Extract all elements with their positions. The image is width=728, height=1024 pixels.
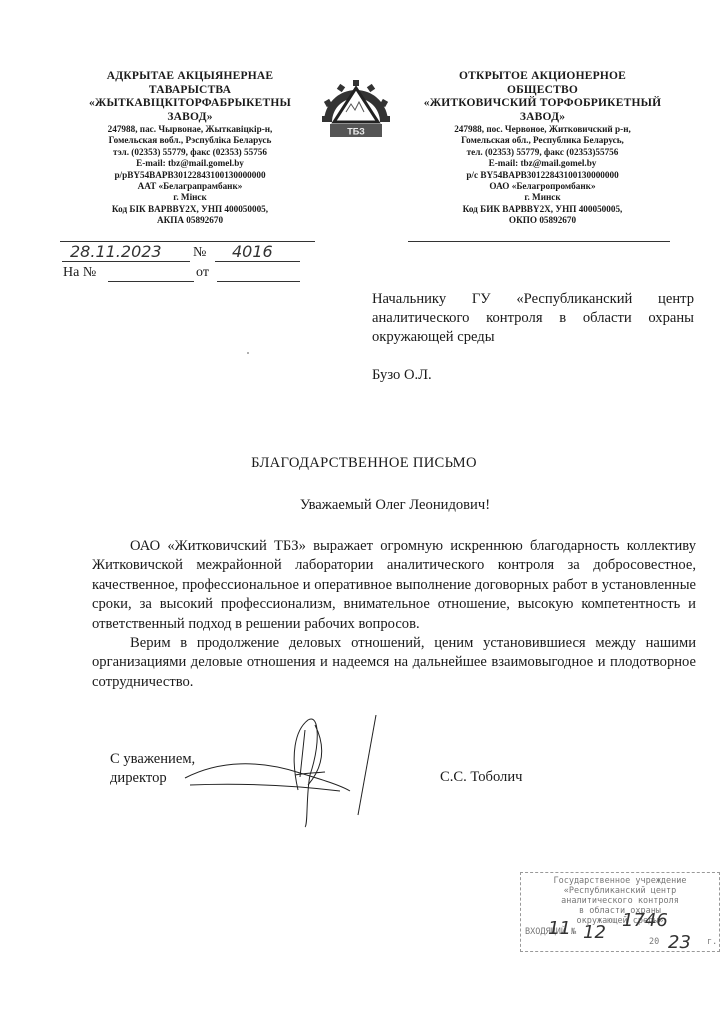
org-line: «ЖЫТКАВІЦКІТОРФАБРЫКЕТНЫ [60,97,320,111]
detail-line: E-mail: tbz@mail.gomel.by [60,158,320,169]
detail-line: 247988, пос. Червоное, Житковичский р-н, [405,124,680,135]
detail-line: 247988, пас. Чырвонае, Жыткавіцкір-н, [60,124,320,135]
stamp-line: в области охраны [521,906,719,916]
org-line: АДКРЫТАЕ АКЦЫЯНЕРНАЕ [60,70,320,84]
detail-line: АКПА 05892670 [60,215,320,226]
org-line: ОБЩЕСТВО [405,84,680,98]
org-name-ru: ОТКРЫТОЕ АКЦИОНЕРНОЕ ОБЩЕСТВО «ЖИТКОВИЧС… [405,70,680,124]
addressee-name: Бузо О.Л. [372,366,694,385]
org-line: ОТКРЫТОЕ АКЦИОНЕРНОЕ [405,70,680,84]
detail-line: тэл. (02353) 55779, факс (02353) 55756 [60,147,320,158]
letter-body: ОАО «Житковичский ТБЗ» выражает огромную… [92,537,696,692]
number-underline [215,261,300,262]
body-paragraph: ОАО «Житковичский ТБЗ» выражает огромную… [92,537,696,634]
stamp-year-suffix: 23 [668,932,691,953]
org-line: ЗАВОД» [60,111,320,125]
outgoing-number: 4016 [232,242,273,261]
body-paragraph: Верим в продолжение деловых отношений, ц… [92,634,696,692]
stamp-line: Государственное учреждение [521,876,719,886]
reply-to-label: На № [63,265,96,281]
number-label: № [193,245,206,261]
reply-number-field [108,281,194,282]
header-right-russian: ОТКРЫТОЕ АКЦИОНЕРНОЕ ОБЩЕСТВО «ЖИТКОВИЧС… [405,70,680,227]
org-line: «ЖИТКОВИЧСКИЙ ТОРФОБРИКЕТНЫЙ [405,97,680,111]
detail-line: Гомельская обл., Республика Беларусь, [405,135,680,146]
org-name-by: АДКРЫТАЕ АКЦЫЯНЕРНАЕ ТАВАРЫСТВА «ЖЫТКАВІ… [60,70,320,124]
detail-line: г. Мінск [60,192,320,203]
scan-speck [247,352,249,354]
org-line: ТАВАРЫСТВА [60,84,320,98]
detail-line: Код БІК BAPBBY2X, УНП 400050005, [60,204,320,215]
factory-gear-logo-icon: ТБЗ [318,70,394,140]
stamp-year-label: г. [707,937,717,947]
from-label: от [196,265,209,281]
header-left-belarusian: АДКРЫТАЕ АКЦЫЯНЕРНАЕ ТАВАРЫСТВА «ЖЫТКАВІ… [60,70,320,227]
stamp-number: 1746 [622,910,668,931]
detail-line: р/с BY54BAPB30122843100130000000 [405,170,680,181]
org-details-ru: 247988, пос. Червоное, Житковичский р-н,… [405,124,680,227]
letter-title: БЛАГОДАРСТВЕННОЕ ПИСЬМО [0,455,728,472]
detail-line: ААТ «Белаграпрамбанк» [60,181,320,192]
stamp-day: 11 [548,918,571,939]
addressee-position: Начальнику ГУ «Республиканский центр ана… [372,290,694,347]
detail-line: E-mail: tbz@mail.gomel.by [405,158,680,169]
detail-line: тел. (02353) 55779, факс (02353)55756 [405,147,680,158]
stamp-year-prefix: 20 [649,937,659,947]
date-underline [62,261,190,262]
detail-line: ОКПО 05892670 [405,215,680,226]
detail-line: г. Минск [405,192,680,203]
detail-line: ОАО «Белагропромбанк» [405,181,680,192]
stamp-line: «Республиканский центр [521,886,719,896]
signer-name: С.С. Тоболич [440,769,523,786]
detail-line: Гомельская вобл., Рэспубліка Беларусь [60,135,320,146]
detail-line: Код БИК BAPBBY2X, УНП 400050005, [405,204,680,215]
detail-line: р/рBY54BAPB30122843100130000000 [60,170,320,181]
outgoing-date: 28.11.2023 [70,242,162,261]
addressee-block: Начальнику ГУ «Республиканский центр ана… [372,290,694,385]
logo-plate-text: ТБЗ [347,127,365,137]
header-rule-right [408,241,670,242]
org-details-by: 247988, пас. Чырвонае, Жыткавіцкір-н, Го… [60,124,320,227]
signature-icon [180,715,400,835]
stamp-line: аналитического контроля [521,896,719,906]
org-line: ЗАВОД» [405,111,680,125]
stamp-month: 12 [583,922,606,943]
letter-greeting: Уважаемый Олег Леонидович! [0,497,728,514]
reply-date-field [217,281,300,282]
